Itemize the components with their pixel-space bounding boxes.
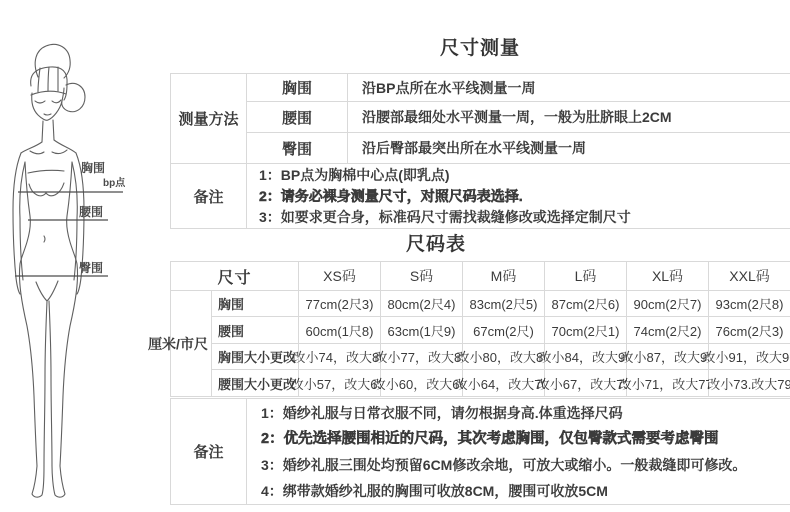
size-cell: 改小67，改大73.	[545, 370, 626, 396]
measure-row-desc-hip: 沿后臀部最突出所在水平线测量一周	[348, 133, 790, 163]
size-cell: 74cm(2尺2)	[627, 317, 708, 343]
size-cell: 改小64，改大70.	[463, 370, 544, 396]
size-cell: 改小57，改大63.	[299, 370, 380, 396]
size-col-header-xl: XL码	[627, 262, 708, 290]
size-cell: 80cm(2尺4)	[381, 291, 462, 316]
measure-note-1: 1：BP点为胸棉中心点(即乳点)	[259, 165, 450, 186]
measure-notes: 1：BP点为胸棉中心点(即乳点) 2：请务必裸身测量尺寸，对照尺码表选择. 3：…	[247, 164, 790, 228]
size-col-header-s: S码	[381, 262, 462, 290]
size-row-label-bust-alter: 胸围大小更改	[212, 344, 298, 369]
size-notes: 1：婚纱礼服与日常衣服不同，请勿根据身高.体重选择尺码 2：优先选择腰围相近的尺…	[247, 399, 790, 504]
size-cell: 改小84，改大90	[545, 344, 626, 369]
measure-row-label-hip: 臀围	[247, 133, 347, 163]
size-cell: 87cm(2尺6)	[545, 291, 626, 316]
size-note-3: 3：婚纱礼服三围处均预留6CM修改余地，可放大或缩小。一般裁缝即可修改。	[261, 452, 746, 478]
size-cell: 90cm(2尺7)	[627, 291, 708, 316]
size-col-header-xs: XS码	[299, 262, 380, 290]
size-table: 尺寸 XS码 S码 M码 L码 XL码 XXL码 厘米/市尺 胸围 77cm(2…	[170, 261, 790, 397]
figure-waist-label: 腰围	[79, 204, 103, 219]
size-corner-label: 尺寸	[171, 262, 298, 290]
measure-method-label: 测量方法	[171, 74, 246, 163]
size-cell: 60cm(1尺8)	[299, 317, 380, 343]
size-row-label-waist: 腰围	[212, 317, 298, 343]
measure-row-desc-bust: 沿BP点所在水平线测量一周	[348, 74, 790, 101]
figure-bp-label: bp点	[103, 176, 126, 189]
size-cell: 67cm(2尺)	[463, 317, 544, 343]
tables-pane: 尺寸测量 测量方法 胸围 沿BP点所在水平线测量一周 腰围 沿腰部最细处水平测量…	[170, 0, 790, 505]
size-cell: 70cm(2尺1)	[545, 317, 626, 343]
size-note-2: 2：优先选择腰围相近的尺码，其次考虑胸围，仅包臀款式需要考虑臀围	[261, 426, 719, 452]
figure-bust-label: 胸围	[81, 160, 105, 175]
size-note-4: 4：绑带款婚纱礼服的胸围可收放8CM，腰围可收放5CM	[261, 478, 608, 504]
size-cell: 改小74，改大80	[299, 344, 380, 369]
size-col-header-l: L码	[545, 262, 626, 290]
size-notes-label: 备注	[171, 399, 246, 504]
size-row-label-bust: 胸围	[212, 291, 298, 316]
measure-row-desc-waist: 沿腰部最细处水平测量一周，一般为肚脐眼上2CM	[348, 102, 790, 132]
size-cell: 改小80，改大86	[463, 344, 544, 369]
size-col-header-xxl: XXL码	[709, 262, 790, 290]
measure-notes-label: 备注	[171, 164, 246, 228]
size-notes-table: 备注 1：婚纱礼服与日常衣服不同，请勿根据身高.体重选择尺码 2：优先选择腰围相…	[170, 398, 790, 505]
size-cell: 63cm(1尺9)	[381, 317, 462, 343]
size-cell: 77cm(2尺3)	[299, 291, 380, 316]
size-cell: 93cm(2尺8)	[709, 291, 790, 316]
size-cell: 改小87，改大93	[627, 344, 708, 369]
size-cell: 改小71，改大77.	[627, 370, 708, 396]
size-section-title: 尺码表	[126, 232, 746, 258]
size-cell: 改小60，改大66.	[381, 370, 462, 396]
measure-note-2: 2：请务必裸身测量尺寸，对照尺码表选择.	[259, 186, 523, 207]
size-col-header-m: M码	[463, 262, 544, 290]
size-cell: 83cm(2尺5)	[463, 291, 544, 316]
size-cell: 改小91，改大96	[709, 344, 790, 369]
size-cell: 76cm(2尺3)	[709, 317, 790, 343]
measure-method-table: 测量方法 胸围 沿BP点所在水平线测量一周 腰围 沿腰部最细处水平测量一周，一般…	[170, 73, 790, 229]
measure-row-label-bust: 胸围	[247, 74, 347, 101]
size-cell: 改小73.改大79	[709, 370, 790, 396]
measure-section-title: 尺寸测量	[170, 36, 790, 62]
size-cell: 改小77，改大83	[381, 344, 462, 369]
measure-note-3: 3：如要求更合身，标准码尺寸需找裁缝修改或选择定制尺寸	[259, 207, 631, 228]
size-guide-infographic: 胸围 bp点 腰围 臀围 尺寸测量 测量方法 胸围 沿BP点所在水平线测量一周 …	[0, 0, 790, 512]
size-note-1: 1：婚纱礼服与日常衣服不同，请勿根据身高.体重选择尺码	[261, 400, 623, 426]
measure-row-label-waist: 腰围	[247, 102, 347, 132]
size-row-label-waist-alter: 腰围大小更改	[212, 370, 298, 396]
figure-hip-label: 臀围	[79, 260, 103, 275]
size-unit-label: 厘米/市尺	[171, 291, 211, 396]
